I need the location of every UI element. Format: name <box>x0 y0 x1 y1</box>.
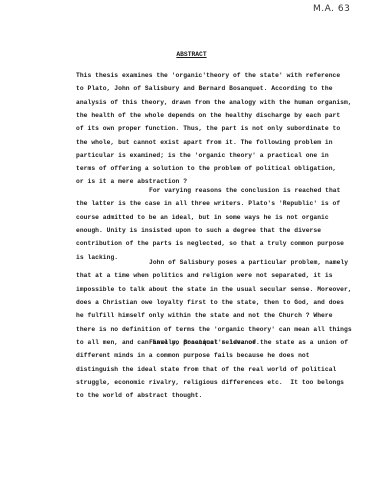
paragraph-line: there is no definition of terms the 'org… <box>76 326 352 334</box>
abstract-title: ABSTRACT <box>0 51 383 58</box>
paragraph-line: does a Christian owe loyalty first to th… <box>76 299 344 307</box>
paragraph-line: the whole, but cannot exist apart from i… <box>76 139 333 147</box>
paragraph-line: course admitted to be an ideal, but in s… <box>76 214 329 222</box>
paragraph-line: particular is examined; is the 'organic … <box>76 152 329 160</box>
paragraph-line: the health of the whole depends on the h… <box>76 112 340 120</box>
paragraph-line: John of Salisbury poses a particular pro… <box>149 259 348 267</box>
paragraph-line: different minds in a common purpose fail… <box>76 352 310 360</box>
reference-mark: M.A. 63 <box>313 4 350 14</box>
paragraph-line: Finally, Bosanquet's idea of the state a… <box>149 339 348 347</box>
paragraph-line: or is it a mere abstraction ? <box>76 178 187 186</box>
paragraph-line: he fulfill himself only within the state… <box>76 312 333 320</box>
paragraph-line: For varying reasons the conclusion is re… <box>149 187 340 195</box>
paragraph-line: enough. Unity is insisted upon to such a… <box>76 227 321 235</box>
paragraph-line: This thesis examines the 'organic'theory… <box>76 72 340 80</box>
paragraph-line: impossible to talk about the state in th… <box>76 286 352 294</box>
paragraph-line: terms of offering a solution to the prob… <box>76 165 336 173</box>
paragraph-line: of its own proper function. Thus, the pa… <box>76 125 340 133</box>
paragraph-line: analysis of this theory, drawn from the … <box>76 99 352 107</box>
paragraph-line: to Plato, John of Salisbury and Bernard … <box>76 85 333 93</box>
document-page: M.A. 63 ABSTRACT This thesis examines th… <box>0 0 383 480</box>
paragraph-line: is lacking. <box>76 254 118 262</box>
paragraph-line: distinguish the ideal state from that of… <box>76 366 336 374</box>
paragraph-line: the latter is the case in all three writ… <box>76 200 340 208</box>
paragraph-line: contribution of the parts is neglected, … <box>76 240 344 248</box>
paragraph-line: to the world of abstract thought. <box>76 392 202 400</box>
paragraph-line: struggle, economic rivalry, religious di… <box>76 379 344 387</box>
paragraph-line: that at a time when politics and religio… <box>76 272 333 280</box>
